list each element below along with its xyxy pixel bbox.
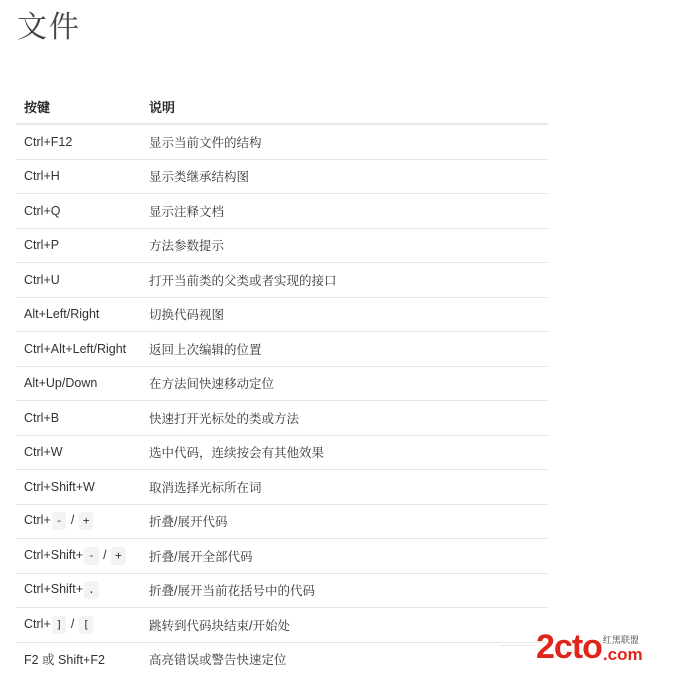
table-row: Ctrl+P方法参数提示 [16, 228, 548, 263]
key-separator: / [103, 548, 106, 562]
desc-cell: 折叠/展开全部代码 [141, 539, 548, 574]
table-row: Ctrl+Shift+. 折叠/展开当前花括号中的代码 [16, 573, 548, 608]
watermark-side: 红黑联盟 .com [603, 635, 643, 664]
key-cell: Ctrl+P [16, 228, 141, 263]
kbd-key: + [79, 512, 94, 530]
kbd-key: . [84, 581, 99, 599]
table-row: Ctrl+Q显示注释文档 [16, 194, 548, 229]
desc-cell: 快速打开光标处的类或方法 [141, 401, 548, 436]
desc-cell: 切换代码视图 [141, 297, 548, 332]
key-cell: Ctrl+W [16, 435, 141, 470]
key-cell: Ctrl+B [16, 401, 141, 436]
column-header-desc: 说明 [141, 89, 548, 124]
key-cell: Ctrl+F12 [16, 124, 141, 159]
key-cell: Ctrl+- / + [16, 504, 141, 539]
table-row: Ctrl+F12显示当前文件的结构 [16, 124, 548, 159]
table-row: Ctrl+Shift+- / + 折叠/展开全部代码 [16, 539, 548, 574]
key-separator: / [71, 617, 74, 631]
key-cell: F2 或 Shift+F2 [16, 642, 141, 675]
table-row: Ctrl+B快速打开光标处的类或方法 [16, 401, 548, 436]
table-row: Ctrl+U打开当前类的父类或者实现的接口 [16, 263, 548, 298]
key-cell: Ctrl+Shift+- / + [16, 539, 141, 574]
desc-cell: 跳转到代码块结束/开始处 [141, 608, 548, 643]
desc-cell: 显示当前文件的结构 [141, 124, 548, 159]
desc-cell: 显示类继承结构图 [141, 159, 548, 194]
watermark-com: .com [603, 646, 643, 664]
shortcut-table: 按键 说明 Ctrl+F12显示当前文件的结构 Ctrl+H显示类继承结构图 C… [16, 89, 548, 675]
table-row: Ctrl+Alt+Left/Right返回上次编辑的位置 [16, 332, 548, 367]
key-cell: Ctrl+H [16, 159, 141, 194]
key-prefix: Ctrl+Shift+ [24, 548, 83, 562]
key-prefix: Ctrl+ [24, 617, 51, 631]
desc-cell: 方法参数提示 [141, 228, 548, 263]
key-prefix: Ctrl+Shift+ [24, 582, 83, 596]
watermark-logo: 2cto 红黑联盟 .com [536, 630, 643, 664]
desc-cell: 折叠/展开代码 [141, 504, 548, 539]
table-row: Alt+Up/Down在方法间快速移动定位 [16, 366, 548, 401]
key-cell: Alt+Up/Down [16, 366, 141, 401]
kbd-key: [ [79, 616, 94, 634]
watermark-divider [500, 645, 536, 646]
key-cell: Ctrl+Q [16, 194, 141, 229]
key-cell: Ctrl+Alt+Left/Right [16, 332, 141, 367]
table-row: Ctrl+Shift+W取消选择光标所在词 [16, 470, 548, 505]
desc-cell: 在方法间快速移动定位 [141, 366, 548, 401]
kbd-key: - [52, 512, 67, 530]
key-prefix: Ctrl+ [24, 513, 51, 527]
key-cell: Ctrl+Shift+W [16, 470, 141, 505]
key-cell: Alt+Left/Right [16, 297, 141, 332]
kbd-key: + [111, 547, 126, 565]
key-cell: Ctrl+U [16, 263, 141, 298]
table-row: Ctrl+] / [ 跳转到代码块结束/开始处 [16, 608, 548, 643]
desc-cell: 高亮错误或警告快速定位 [141, 642, 548, 675]
kbd-key: - [84, 547, 99, 565]
key-cell: Ctrl+] / [ [16, 608, 141, 643]
table-header-row: 按键 说明 [16, 89, 548, 124]
table-row: Ctrl+W选中代码，连续按会有其他效果 [16, 435, 548, 470]
table-row: Alt+Left/Right切换代码视图 [16, 297, 548, 332]
watermark-main: 2cto [536, 630, 602, 664]
key-cell: Ctrl+Shift+. [16, 573, 141, 608]
desc-cell: 取消选择光标所在词 [141, 470, 548, 505]
key-separator: / [71, 513, 74, 527]
table-row: Ctrl+H显示类继承结构图 [16, 159, 548, 194]
column-header-key: 按键 [16, 89, 141, 124]
desc-cell: 打开当前类的父类或者实现的接口 [141, 263, 548, 298]
desc-cell: 显示注释文档 [141, 194, 548, 229]
table-row: F2 或 Shift+F2高亮错误或警告快速定位 [16, 642, 548, 675]
desc-cell: 返回上次编辑的位置 [141, 332, 548, 367]
desc-cell: 折叠/展开当前花括号中的代码 [141, 573, 548, 608]
page-title: 文件 [17, 2, 81, 46]
kbd-key: ] [52, 616, 67, 634]
desc-cell: 选中代码，连续按会有其他效果 [141, 435, 548, 470]
table-row: Ctrl+- / + 折叠/展开代码 [16, 504, 548, 539]
